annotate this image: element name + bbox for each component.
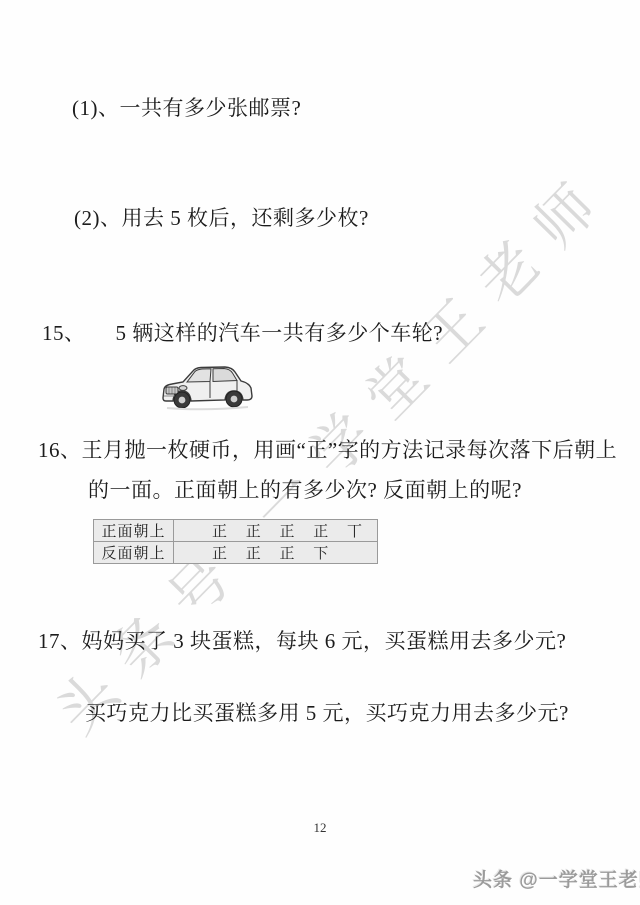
tally-row1-marks: 正 正 正 正 丅 [174,520,378,542]
page-content: (1)、一共有多少张邮票? (2)、用去 5 枚后，还剩多少枚? 15、5 辆这… [0,0,640,905]
tally-row2-marks: 正 正 正 下 [174,542,378,564]
question-15-number: 15、 [42,317,86,347]
table-row: 正面朝上 正 正 正 正 丅 [94,520,378,542]
question-15: 15、5 辆这样的汽车一共有多少个车轮? [42,317,443,347]
question-16-line2: 的一面。正面朝上的有多少次? 反面朝上的呢? [88,474,522,504]
tally-table: 正面朝上 正 正 正 正 丅 反面朝上 正 正 正 下 [93,519,378,564]
question-16-line1: 16、王月抛一枚硬币，用画“正”字的方法记录每次落下后朝上 [38,434,617,464]
page-number: 12 [0,820,640,836]
tally-row1-label: 正面朝上 [94,520,174,542]
worksheet-page: 头条号·一学堂王老师 (1)、一共有多少张邮票? (2)、用去 5 枚后，还剩多… [0,0,640,905]
question-15-text: 5 辆这样的汽车一共有多少个车轮? [116,321,444,345]
tally-row2-label: 反面朝上 [94,542,174,564]
table-row: 反面朝上 正 正 正 下 [94,542,378,564]
question-sub2: (2)、用去 5 枚后，还剩多少枚? [74,202,369,232]
question-sub1: (1)、一共有多少张邮票? [72,92,301,122]
car-illustration [153,358,255,416]
question-17-line1: 17、妈妈买了 3 块蛋糕，每块 6 元，买蛋糕用去多少元? [38,625,566,655]
car-icon [153,358,255,416]
question-17-line2: 买巧克力比买蛋糕多用 5 元，买巧克力用去多少元? [85,697,569,727]
footer-watermark: 头条 @一学堂王老师 [473,865,640,892]
